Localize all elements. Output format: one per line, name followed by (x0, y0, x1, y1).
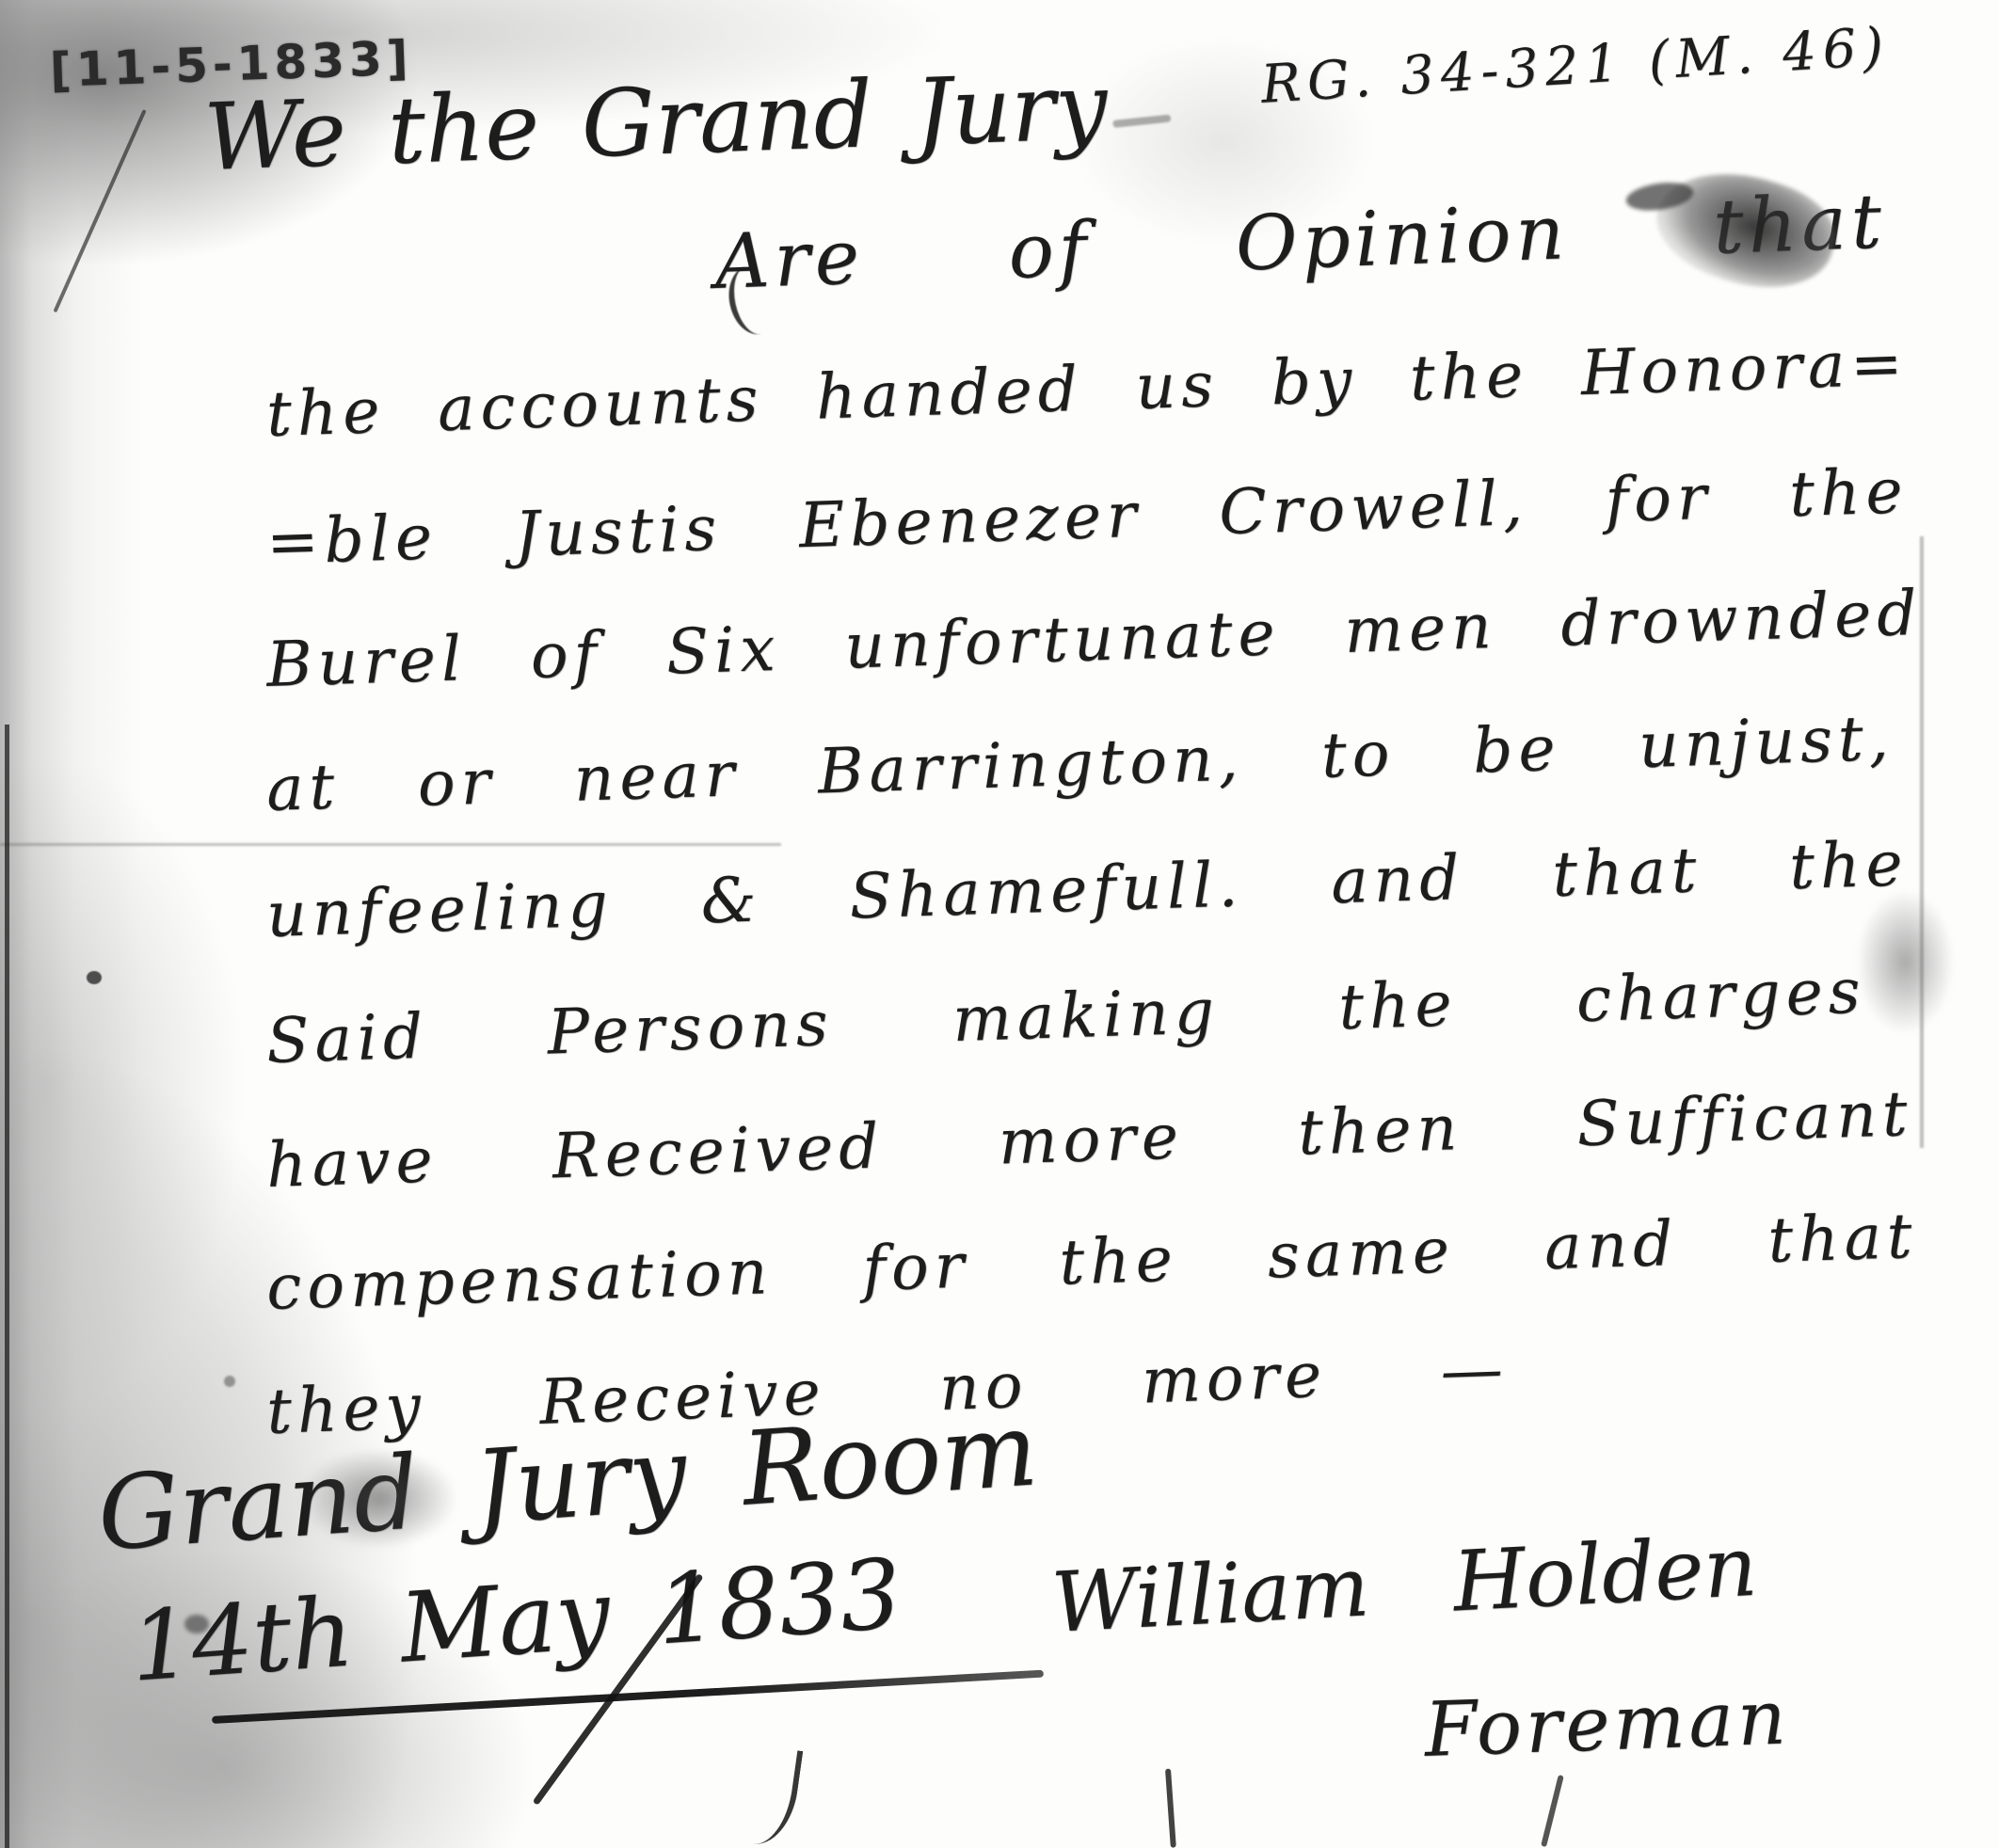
body-line: have Received more then Sufficant (265, 1077, 1914, 1202)
ink-blot (1643, 151, 1846, 309)
signature-title: Foreman (1423, 1673, 1791, 1773)
signature-name: William Holden (1049, 1518, 1759, 1651)
bottom-edge-stroke (1541, 1775, 1564, 1847)
body-line: Said Persons making the charges (265, 955, 1867, 1077)
crease-line (0, 843, 781, 846)
body-line: =ble Justis Ebenezer Crowell, for the (265, 454, 1910, 579)
body-line: the accounts handed us by the Honora= (265, 327, 1910, 451)
body-line: at or near Barrington, to be unjust, (265, 702, 1895, 825)
body-line: Burel of Six unfortunate men drownded (265, 577, 1924, 701)
paper-edge-line-left (5, 725, 9, 1848)
pen-hairline-stroke (53, 109, 146, 312)
dateline-smudge (301, 1449, 456, 1548)
paper-speck (87, 971, 102, 984)
bottom-edge-stroke (727, 1743, 803, 1848)
body-line: compensation for the same and that (265, 1200, 1919, 1324)
paper-edge-line-right (1920, 536, 1924, 1148)
paper-speck (224, 1376, 235, 1387)
reference-number: RG. 34-321 (M. 46) (1259, 16, 1892, 116)
bottom-edge-stroke (1165, 1769, 1176, 1848)
paper-speck (1112, 115, 1171, 128)
paper-speck (184, 1615, 209, 1633)
paper-edge-smudge-right (1856, 889, 1955, 1035)
scanned-letter-page: [11-5-1833] RG. 34-321 (M. 46) We the Gr… (0, 0, 1998, 1848)
